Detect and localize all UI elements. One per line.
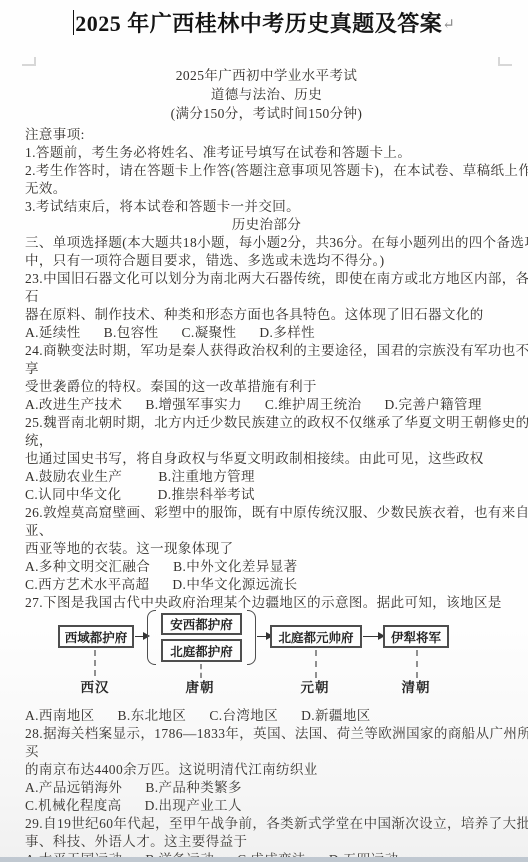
question-line: 29.自19世纪60年代起，至甲午战争前，各类新式学堂在中国渐次设立，培养了大批… bbox=[25, 815, 508, 833]
diagram-box-beiting-yuanshuaifu: 北庭都元帅府 bbox=[270, 625, 362, 648]
option-c: C.台湾地区 bbox=[209, 707, 278, 725]
question-line: 27.下图是我国古代中央政府治理某个边疆地区的示意图。据此可知，该地区是 bbox=[25, 594, 508, 612]
question-options-row: C.机械化程度高D.出现产业工人 bbox=[25, 797, 508, 815]
question-line: 26.敦煌莫高窟壁画、彩塑中的服饰，既有中原传统汉服、少数民族衣着，也有来自中 bbox=[25, 504, 508, 522]
option-b: B.包容性 bbox=[104, 324, 159, 342]
question-line: 统， bbox=[25, 432, 508, 450]
era-label-yuan: 元朝 bbox=[285, 676, 345, 696]
question-options-row: A.西南地区B.东北地区C.台湾地区D.新疆地区 bbox=[25, 707, 508, 725]
diagram-box-beiting-duhufu: 北庭都护府 bbox=[161, 639, 242, 662]
option-d: D.推崇科举考试 bbox=[158, 486, 255, 504]
arrow-right-icon bbox=[257, 636, 266, 637]
question-24: 24.商鞅变法时期，军功是秦人获得政治权利的主要途径，国君的宗族没有军功也不能 … bbox=[25, 342, 508, 414]
diagram-box-yili-jiangjun: 伊犁将军 bbox=[383, 625, 449, 648]
question-options-row: C.西方艺术水平高超D.中华文化源远流长 bbox=[25, 576, 508, 594]
document-title-line[interactable]: 2025 年广西桂林中考历史真题及答案↵ bbox=[0, 0, 528, 46]
notice-line: 2.考生作答时，请在答题卡上作答(答题注意事项见答题卡)，在本试卷、草稿纸上作答 bbox=[25, 162, 508, 180]
exam-score-time: (满分150分，考试时间150分钟) bbox=[25, 104, 508, 123]
governance-flow-diagram: 西域都护府 安西都护府 北庭都护府 北庭都元帅府 伊犁将军 西汉 唐朝 bbox=[25, 612, 508, 700]
question-line: 器在原料、制作技术、种类和形态方面也各具特色。这体现了旧石器文化的 bbox=[25, 306, 508, 324]
question-line: 西亚等地的衣装。这一现象体现了 bbox=[25, 540, 508, 558]
question-options-row: A.产品远销海外B.产品种类繁多 bbox=[25, 779, 508, 797]
notice-line: 3.考试结束后，将本试卷和答题卡一并交回。 bbox=[25, 198, 508, 216]
brace-right-icon bbox=[247, 610, 256, 665]
question-line: 享 bbox=[25, 360, 508, 378]
document-body: 2025年广西初中学业水平考试 道德与法治、历史 (满分150分，考试时间150… bbox=[0, 66, 528, 862]
option-d: D.多样性 bbox=[259, 324, 315, 342]
question-line: 石 bbox=[25, 288, 508, 306]
notice-heading: 注意事项: bbox=[25, 126, 508, 144]
diagram-box-xiyu-duhufu: 西域都护府 bbox=[58, 625, 134, 648]
text-cursor bbox=[73, 10, 75, 35]
document-title: 2025 年广西桂林中考历史真题及答案 bbox=[75, 11, 442, 36]
question-line: 买 bbox=[25, 743, 508, 761]
notice-line: 无效。 bbox=[25, 180, 508, 198]
question-25: 25.魏晋南北朝时期，北方内迁少数民族建立的政权不仅继承了华夏文明王朝修史的传 … bbox=[25, 414, 508, 504]
era-label-tang: 唐朝 bbox=[170, 676, 230, 696]
option-a: A.西南地区 bbox=[25, 707, 95, 725]
option-c: C.维护周王统治 bbox=[265, 396, 362, 414]
option-c: C.西方艺术水平高超 bbox=[25, 576, 149, 594]
question-options-row: A.鼓励农业生产B.注重地方管理 bbox=[25, 468, 508, 486]
option-b: B.增强军事实力 bbox=[145, 396, 242, 414]
option-b: B.注重地方管理 bbox=[158, 468, 255, 486]
question-line: 25.魏晋南北朝时期，北方内迁少数民族建立的政权不仅继承了华夏文明王朝修史的传 bbox=[25, 414, 508, 432]
option-a: A.改进生产技术 bbox=[25, 396, 122, 414]
section-intro-line: 三、单项选择题(本大题共18小题，每小题2分，共36分。在每小题列出的四个备选项 bbox=[25, 234, 508, 252]
question-line: 事、科技、外语人才。这主要得益于 bbox=[25, 833, 508, 851]
question-27: 27.下图是我国古代中央政府治理某个边疆地区的示意图。据此可知，该地区是 西域都… bbox=[25, 594, 508, 725]
option-a: A.延续性 bbox=[25, 324, 81, 342]
question-line: 的南京布达4400余万匹。这说明清代江南纺织业 bbox=[25, 761, 508, 779]
option-b: B.中外文化差异显著 bbox=[173, 558, 297, 576]
question-options-row: A.改进生产技术B.增强军事实力C.维护周王统治D.完善户籍管理 bbox=[25, 396, 508, 414]
option-b: B.产品种类繁多 bbox=[145, 779, 242, 797]
page-bottom-edge bbox=[0, 857, 528, 862]
exam-title: 2025年广西初中学业水平考试 bbox=[25, 66, 508, 85]
option-d: D.完善户籍管理 bbox=[385, 396, 482, 414]
question-line: 23.中国旧石器文化可以划分为南北两大石器传统，即使在南方或北方地区内部，各类 bbox=[25, 270, 508, 288]
question-line: 28.据海关档案显示，1786—1833年，英国、法国、荷兰等欧洲国家的商船从广… bbox=[25, 725, 508, 743]
question-options-row: A.延续性B.包容性C.凝聚性D.多样性 bbox=[25, 324, 508, 342]
dashed-connector bbox=[94, 650, 96, 676]
era-label-xihan: 西汉 bbox=[65, 676, 125, 696]
arrow-right-icon bbox=[363, 636, 378, 637]
section-heading: 历史治部分 bbox=[25, 216, 508, 234]
question-29: 29.自19世纪60年代起，至甲午战争前，各类新式学堂在中国渐次设立，培养了大批… bbox=[25, 815, 508, 862]
era-label-qing: 清朝 bbox=[386, 676, 446, 696]
question-options-row: C.认同中华文化D.推崇科举考试 bbox=[25, 486, 508, 504]
notice-line: 1.答题前，考生务必将姓名、准考证号填写在试卷和答题卡上。 bbox=[25, 144, 508, 162]
option-a: A.鼓励农业生产 bbox=[25, 468, 122, 486]
question-line: 也通过国史书写，将自身政权与华夏文明政制相接续。由此可见，这些政权 bbox=[25, 450, 508, 468]
dashed-connector bbox=[315, 650, 317, 678]
section-intro-line: 中，只有一项符合题目要求，错选、多选或未选均不得分。) bbox=[25, 252, 508, 270]
question-26: 26.敦煌莫高窟壁画、彩塑中的服饰，既有中原传统汉服、少数民族衣着，也有来自中 … bbox=[25, 504, 508, 594]
question-23: 23.中国旧石器文化可以划分为南北两大石器传统，即使在南方或北方地区内部，各类 … bbox=[25, 270, 508, 342]
option-d: D.新疆地区 bbox=[301, 707, 371, 725]
paragraph-mark-icon: ↵ bbox=[442, 17, 455, 33]
margin-corner-mark-right-icon bbox=[498, 57, 512, 66]
exam-header: 2025年广西初中学业水平考试 道德与法治、历史 (满分150分，考试时间150… bbox=[25, 66, 508, 123]
diagram-box-anxi-duhufu: 安西都护府 bbox=[161, 613, 242, 635]
option-c: C.凝聚性 bbox=[182, 324, 237, 342]
question-line: 受世袭爵位的特权。秦国的这一改革措施有利于 bbox=[25, 378, 508, 396]
arrow-right-icon bbox=[135, 636, 143, 637]
option-d: D.出现产业工人 bbox=[145, 797, 242, 815]
document-page: 2025 年广西桂林中考历史真题及答案↵ 2025年广西初中学业水平考试 道德与… bbox=[0, 0, 528, 862]
brace-left-icon bbox=[147, 610, 156, 665]
question-line: 亚、 bbox=[25, 522, 508, 540]
exam-subjects: 道德与法治、历史 bbox=[25, 85, 508, 104]
option-b: B.东北地区 bbox=[118, 707, 187, 725]
option-c: C.机械化程度高 bbox=[25, 797, 122, 815]
option-a: A.多种文明交汇融合 bbox=[25, 558, 150, 576]
option-c: C.认同中华文化 bbox=[25, 486, 122, 504]
dashed-connector bbox=[416, 650, 418, 678]
option-d: D.中华文化源远流长 bbox=[172, 576, 297, 594]
question-28: 28.据海关档案显示，1786—1833年，英国、法国、荷兰等欧洲国家的商船从广… bbox=[25, 725, 508, 815]
question-options-row: A.多种文明交汇融合B.中外文化差异显著 bbox=[25, 558, 508, 576]
option-a: A.产品远销海外 bbox=[25, 779, 122, 797]
margin-corner-mark-left-icon bbox=[22, 57, 36, 66]
question-line: 24.商鞅变法时期，军功是秦人获得政治权利的主要途径，国君的宗族没有军功也不能 bbox=[25, 342, 508, 360]
